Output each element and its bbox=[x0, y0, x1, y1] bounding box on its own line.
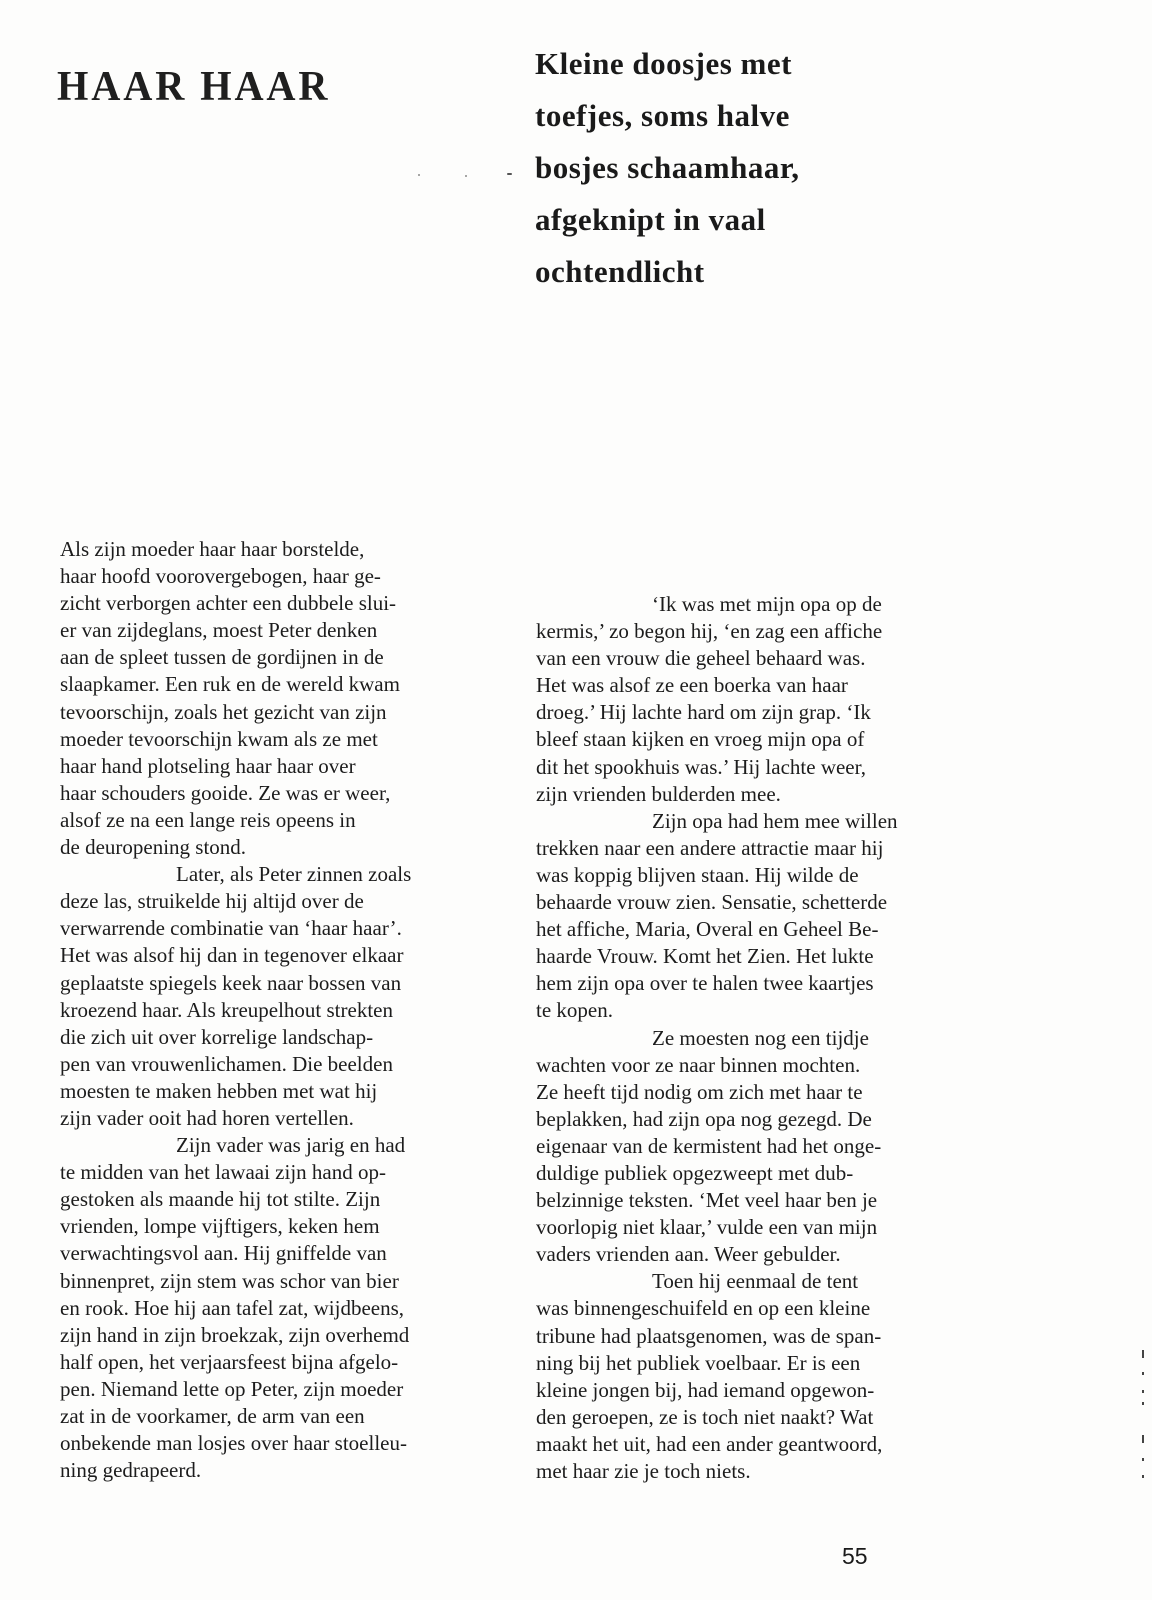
paragraph-start-line: Ze moesten nog een tijdje bbox=[536, 1025, 986, 1052]
text-line: tribune had plaatsgenomen, was de span- bbox=[536, 1323, 986, 1350]
scan-speck bbox=[465, 175, 467, 177]
text-line: bleef staan kijken en vroeg mijn opa of bbox=[536, 726, 986, 753]
text-line: te midden van het lawaai zijn hand op- bbox=[60, 1159, 500, 1186]
text-line: er van zijdeglans, moest Peter denken bbox=[60, 617, 500, 644]
text-line: kroezend haar. Als kreupelhout strekten bbox=[60, 997, 500, 1024]
scan-edge-mark bbox=[1142, 1390, 1144, 1393]
text-line: droeg.’ Hij lachte hard om zijn grap. ‘I… bbox=[536, 699, 986, 726]
text-line: onbekende man losjes over haar stoelleu- bbox=[60, 1430, 500, 1457]
text-line: haarde Vrouw. Komt het Zien. Het lukte bbox=[536, 943, 986, 970]
text-line: ning bij het publiek voelbaar. Er is een bbox=[536, 1350, 986, 1377]
text-line: het affiche, Maria, Overal en Geheel Be- bbox=[536, 916, 986, 943]
text-line: haar hoofd voorovergebogen, haar ge- bbox=[60, 563, 500, 590]
page-title: HAAR HAAR bbox=[57, 66, 330, 108]
paragraph-start-line: ‘Ik was met mijn opa op de bbox=[536, 591, 986, 618]
text-line: slaapkamer. Een ruk en de wereld kwam bbox=[60, 671, 500, 698]
subtitle-line: toefjes, soms halve bbox=[535, 90, 865, 142]
text-line: die zich uit over korrelige landschap- bbox=[60, 1024, 500, 1051]
text-line: Ze heeft tijd nodig om zich met haar te bbox=[536, 1079, 986, 1106]
text-line: wachten voor ze naar binnen mochten. bbox=[536, 1052, 986, 1079]
text-line: was koppig blijven staan. Hij wilde de bbox=[536, 862, 986, 889]
left-text-column: Als zijn moeder haar haar borstelde,haar… bbox=[60, 536, 500, 1484]
text-line: pen. Niemand lette op Peter, zijn moeder bbox=[60, 1376, 500, 1403]
text-line: zicht verborgen achter een dubbele slui- bbox=[60, 590, 500, 617]
scan-speck bbox=[418, 174, 420, 176]
text-line: de deuropening stond. bbox=[60, 834, 500, 861]
paragraph-start-line: Toen hij eenmaal de tent bbox=[536, 1268, 986, 1295]
paragraph-start-line: Zijn vader was jarig en had bbox=[60, 1132, 500, 1159]
text-line: dit het spookhuis was.’ Hij lachte weer, bbox=[536, 754, 986, 781]
text-line: ning gedrapeerd. bbox=[60, 1457, 500, 1484]
text-line: Het was alsof hij dan in tegenover elkaa… bbox=[60, 942, 500, 969]
text-line: binnenpret, zijn stem was schor van bier bbox=[60, 1268, 500, 1295]
scan-edge-mark bbox=[1142, 1372, 1144, 1375]
text-line: Het was alsof ze een boerka van haar bbox=[536, 672, 986, 699]
page-number: 55 bbox=[842, 1545, 868, 1568]
text-line: kleine jongen bij, had iemand opgewon- bbox=[536, 1377, 986, 1404]
scan-edge-mark bbox=[1142, 1402, 1144, 1405]
text-line: deze las, struikelde hij altijd over de bbox=[60, 888, 500, 915]
text-line: maakt het uit, had een ander geantwoord, bbox=[536, 1431, 986, 1458]
text-line: te kopen. bbox=[536, 997, 986, 1024]
text-line: van een vrouw die geheel behaard was. bbox=[536, 645, 986, 672]
text-line: met haar zie je toch niets. bbox=[536, 1458, 986, 1485]
text-line: behaarde vrouw zien. Sensatie, schetterd… bbox=[536, 889, 986, 916]
text-line: trekken naar een andere attractie maar h… bbox=[536, 835, 986, 862]
scan-edge-mark bbox=[1142, 1458, 1144, 1461]
text-line: belzinnige teksten. ‘Met veel haar ben j… bbox=[536, 1187, 986, 1214]
text-line: zijn vrienden bulderden mee. bbox=[536, 781, 986, 808]
paragraph-start-line: Zijn opa had hem mee willen bbox=[536, 808, 986, 835]
scan-edge-marks bbox=[1142, 1350, 1146, 1490]
subtitle: Kleine doosjes met toefjes, soms halve b… bbox=[535, 38, 865, 298]
text-line: voorlopig niet klaar,’ vulde een van mij… bbox=[536, 1214, 986, 1241]
text-line: vrienden, lompe vijftigers, keken hem bbox=[60, 1213, 500, 1240]
scan-edge-mark bbox=[1142, 1435, 1144, 1443]
text-line: geplaatste spiegels keek naar bossen van bbox=[60, 970, 500, 997]
text-line: half open, het verjaarsfeest bijna afgel… bbox=[60, 1349, 500, 1376]
text-line: kermis,’ zo begon hij, ‘en zag een affic… bbox=[536, 618, 986, 645]
subtitle-line: Kleine doosjes met bbox=[535, 38, 865, 90]
scan-edge-mark bbox=[1142, 1350, 1144, 1358]
text-line: en rook. Hoe hij aan tafel zat, wijdbeen… bbox=[60, 1295, 500, 1322]
text-line: pen van vrouwenlichamen. Die beelden bbox=[60, 1051, 500, 1078]
text-line: haar hand plotseling haar haar over bbox=[60, 753, 500, 780]
text-line: zat in de voorkamer, de arm van een bbox=[60, 1403, 500, 1430]
text-line: Als zijn moeder haar haar borstelde, bbox=[60, 536, 500, 563]
text-line: gestoken als maande hij tot stilte. Zijn bbox=[60, 1186, 500, 1213]
text-line: verwarrende combinatie van ‘haar haar’. bbox=[60, 915, 500, 942]
scan-speck bbox=[507, 173, 512, 175]
text-line: tevoorschijn, zoals het gezicht van zijn bbox=[60, 699, 500, 726]
text-line: was binnengeschuifeld en op een kleine bbox=[536, 1295, 986, 1322]
subtitle-line: ochtendlicht bbox=[535, 246, 865, 298]
text-line: den geroepen, ze is toch niet naakt? Wat bbox=[536, 1404, 986, 1431]
scan-edge-mark bbox=[1142, 1475, 1144, 1478]
text-line: moesten te maken hebben met wat hij bbox=[60, 1078, 500, 1105]
text-line: haar schouders gooide. Ze was er weer, bbox=[60, 780, 500, 807]
text-line: duldige publiek opgezweept met dub- bbox=[536, 1160, 986, 1187]
scan-specks bbox=[410, 170, 510, 180]
text-line: zijn hand in zijn broekzak, zijn overhem… bbox=[60, 1322, 500, 1349]
subtitle-line: afgeknipt in vaal bbox=[535, 194, 865, 246]
text-line: eigenaar van de kermistent had het onge- bbox=[536, 1133, 986, 1160]
book-page: HAAR HAAR Kleine doosjes met toefjes, so… bbox=[0, 0, 1152, 1600]
right-text-column: ‘Ik was met mijn opa op dekermis,’ zo be… bbox=[536, 591, 986, 1485]
text-line: aan de spleet tussen de gordijnen in de bbox=[60, 644, 500, 671]
text-line: vaders vrienden aan. Weer gebulder. bbox=[536, 1241, 986, 1268]
text-line: hem zijn opa over te halen twee kaartjes bbox=[536, 970, 986, 997]
text-line: verwachtingsvol aan. Hij gniffelde van bbox=[60, 1240, 500, 1267]
text-line: alsof ze na een lange reis opeens in bbox=[60, 807, 500, 834]
text-line: moeder tevoorschijn kwam als ze met bbox=[60, 726, 500, 753]
text-line: zijn vader ooit had horen vertellen. bbox=[60, 1105, 500, 1132]
text-line: beplakken, had zijn opa nog gezegd. De bbox=[536, 1106, 986, 1133]
paragraph-start-line: Later, als Peter zinnen zoals bbox=[60, 861, 500, 888]
subtitle-line: bosjes schaamhaar, bbox=[535, 142, 865, 194]
